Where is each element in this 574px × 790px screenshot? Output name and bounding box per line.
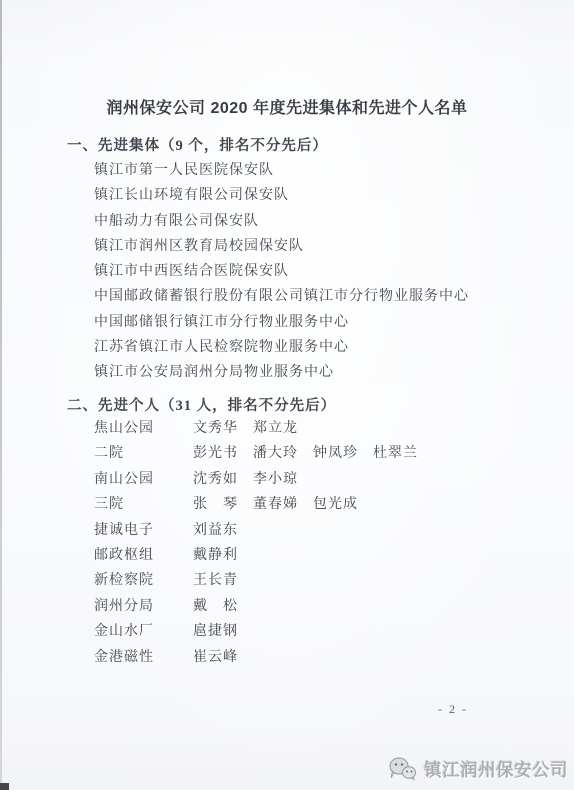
unit-name: 捷诚电子 xyxy=(94,518,193,543)
section-collectives-heading: 一、先进集体（9 个，排名不分先后） xyxy=(67,134,328,155)
list-item: 中船动力有限公司保安队 xyxy=(94,209,554,234)
footer-brand-text: 镇江润州保安公司 xyxy=(424,757,568,782)
unit-name: 邮政枢组 xyxy=(94,543,193,568)
list-item: 焦山公园 文秀华 郑立龙 xyxy=(94,416,564,441)
person-names: 刘益东 xyxy=(193,518,564,543)
wechat-icon xyxy=(388,754,418,784)
person-names: 戴 松 xyxy=(193,594,564,619)
list-item: 新检察院 王长青 xyxy=(94,568,564,593)
list-item: 捷诚电子 刘益东 xyxy=(94,518,564,543)
footer-watermark: 镇江润州保安公司 xyxy=(388,751,568,787)
section-individuals-heading: 二、先进个人（31 人，排名不分先后） xyxy=(67,394,336,415)
individuals-list: 焦山公园 文秀华 郑立龙 二院 彭光书 潘大玲 钟凤珍 杜翠兰 南山公园 沈秀如… xyxy=(94,416,564,670)
list-item: 镇江市公安局润州分局物业服务中心 xyxy=(94,360,554,385)
list-item: 镇江长山环境有限公司保安队 xyxy=(94,183,554,208)
person-names: 扈捷钢 xyxy=(193,619,564,644)
list-item: 镇江市中西医结合医院保安队 xyxy=(94,259,554,284)
list-item: 金山水厂 扈捷钢 xyxy=(94,619,564,644)
list-item: 邮政枢组 戴静利 xyxy=(94,543,564,568)
unit-name: 金港磁性 xyxy=(94,645,193,670)
unit-name: 金山水厂 xyxy=(94,619,193,644)
list-item: 中国邮政储蓄银行股份有限公司镇江市分行物业服务中心 xyxy=(94,284,554,309)
list-item: 润州分局 戴 松 xyxy=(94,594,564,619)
unit-name: 南山公园 xyxy=(94,467,193,492)
list-item: 南山公园 沈秀如 李小琼 xyxy=(94,467,564,492)
person-names: 文秀华 郑立龙 xyxy=(193,416,564,441)
unit-name: 新检察院 xyxy=(94,568,193,593)
person-names: 彭光书 潘大玲 钟凤珍 杜翠兰 xyxy=(193,441,564,466)
unit-name: 三院 xyxy=(94,492,193,517)
scan-corner-artifact xyxy=(0,783,9,790)
list-item: 镇江市第一人民医院保安队 xyxy=(94,158,554,183)
unit-name: 润州分局 xyxy=(94,594,193,619)
unit-name: 二院 xyxy=(94,441,193,466)
person-names: 崔云峰 xyxy=(193,645,564,670)
list-item: 江苏省镇江市人民检察院物业服务中心 xyxy=(94,335,554,360)
list-item: 三院 张 琴 董春娣 包光成 xyxy=(94,492,564,517)
list-item: 中国邮储银行镇江市分行物业服务中心 xyxy=(94,310,554,335)
person-names: 沈秀如 李小琼 xyxy=(193,467,564,492)
list-item: 二院 彭光书 潘大玲 钟凤珍 杜翠兰 xyxy=(94,441,564,466)
person-names: 张 琴 董春娣 包光成 xyxy=(193,492,564,517)
person-names: 戴静利 xyxy=(193,543,564,568)
document-title: 润州保安公司 2020 年度先进集体和先进个人名单 xyxy=(0,95,574,118)
scan-left-edge xyxy=(0,0,2,790)
unit-name: 焦山公园 xyxy=(94,416,193,441)
page-number: - 2 - xyxy=(438,702,468,717)
scanned-document-page: 润州保安公司 2020 年度先进集体和先进个人名单 一、先进集体（9 个，排名不… xyxy=(0,0,574,790)
collectives-list: 镇江市第一人民医院保安队 镇江长山环境有限公司保安队 中船动力有限公司保安队 镇… xyxy=(94,158,554,386)
person-names: 王长青 xyxy=(193,568,564,593)
list-item: 镇江市润州区教育局校园保安队 xyxy=(94,234,554,259)
list-item: 金港磁性 崔云峰 xyxy=(94,645,564,670)
